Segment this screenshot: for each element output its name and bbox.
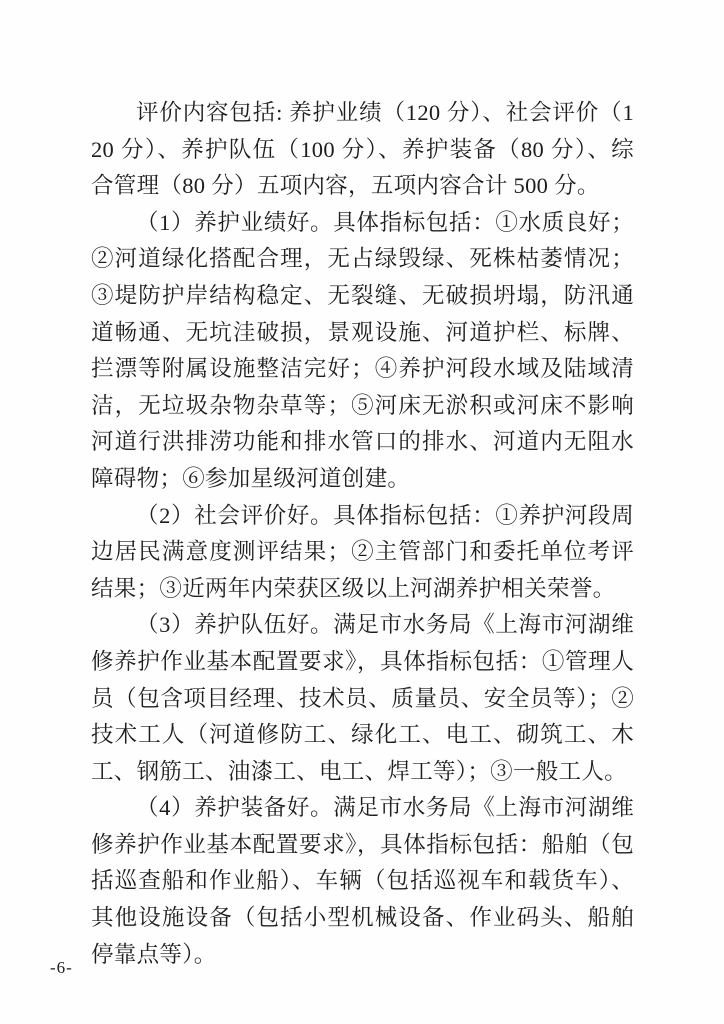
document-page: 评价内容包括: 养护业绩（120 分）、社会评价（120 分）、养护队伍（100… — [0, 0, 724, 1024]
paragraph-item-1-maintenance-performance: （1）养护业绩好。具体指标包括：①水质良好；②河道绿化搭配合理，无占绿毁绿、死株… — [91, 205, 634, 498]
paragraph-item-4-maintenance-equipment: （4）养护装备好。满足市水务局《上海市河湖维修养护作业基本配置要求》，具体指标包… — [91, 790, 634, 973]
paragraph-item-2-social-evaluation: （2）社会评价好。具体指标包括：①养护河段周边居民满意度测评结果；②主管部门和委… — [91, 498, 634, 608]
document-body: 评价内容包括: 养护业绩（120 分）、社会评价（120 分）、养护队伍（100… — [91, 95, 634, 973]
paragraph-scoring-summary: 评价内容包括: 养护业绩（120 分）、社会评价（120 分）、养护队伍（100… — [91, 95, 634, 205]
paragraph-item-3-maintenance-team: （3）养护队伍好。满足市水务局《上海市河湖维修养护作业基本配置要求》，具体指标包… — [91, 607, 634, 790]
page-number: -6- — [50, 958, 73, 978]
